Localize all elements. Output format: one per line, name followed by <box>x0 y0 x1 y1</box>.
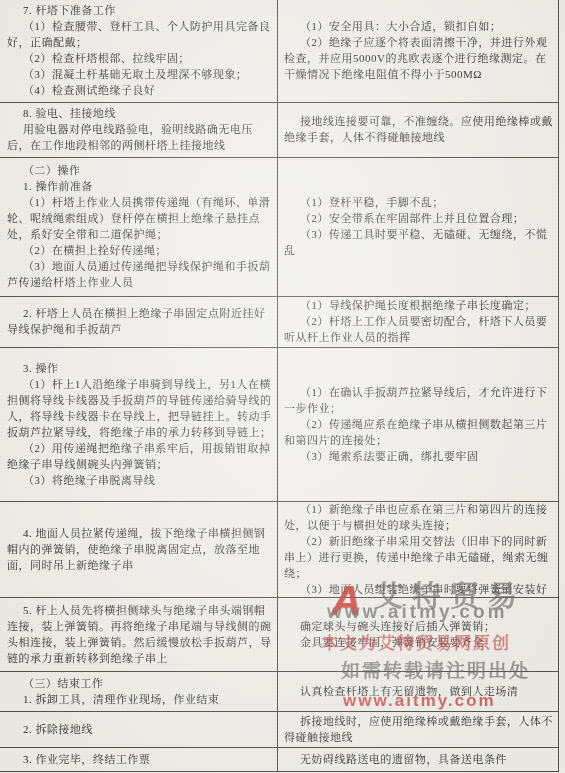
cell-paragraph: （1）登杆平稳，手脚不乱； <box>284 195 554 211</box>
cell-paragraph: 2. 杆塔上人员在横担上绝缘子串固定点附近挂好导线保护绳和手扳葫芦 <box>7 306 272 338</box>
cell-paragraph: （3）地面人员组装绝缘子串时要将弹簧销安装好 <box>284 582 554 598</box>
cell-paragraph: （3）绳索系法要正确，绑扎要牢固 <box>284 449 554 465</box>
step-cell: 2. 杆塔上人员在横担上绝缘子串固定点附近挂好导线保护绳和手扳葫芦 <box>0 297 278 347</box>
table-row: 5. 杆上人员先将横担侧球头与绝缘子串头端钢帽连接，装上弹簧销。再将绝缘子串尾端… <box>0 598 559 672</box>
requirement-cell: （1）导线保护绳长度根据绝缘子串长度确定；（2）杆塔上工作人员要密切配合，杆塔下… <box>278 297 559 347</box>
requirement-cell: 接地线连接要可靠，不准缠绕。应使用绝缘棒或戴绝缘手套，人体不得碰触接地线 <box>278 103 559 157</box>
cell-paragraph: 3. 操作 <box>7 361 272 377</box>
cell-paragraph: （2）用传递绳把绝缘子串系牢后，用拔销钳取掉绝缘子串导线侧碗头内弹簧销； <box>7 441 272 473</box>
cell-paragraph: 4. 地面人员拉紧传递绳，拔下绝缘子串横担侧钢帽内的弹簧销，使绝缘子串脱离固定点… <box>7 526 272 574</box>
cell-paragraph: （二）操作 <box>7 163 272 179</box>
requirement-cell: （1）安全用具：大小合适，锁扣自如；（2）绝缘子应逐个将表面清擦干净，并进行外观… <box>278 0 559 102</box>
cell-paragraph: （3）地面人员通过传递绳把导线保护绳和手扳葫芦传递给杆塔上作业人员 <box>7 259 272 291</box>
scanned-document-page: 7. 杆塔下准备工作（1）检查腰带、登杆工具、个人防护用具完备良好，正确配戴；（… <box>0 0 565 773</box>
table-row: （三）结束工作1. 拆卸工具，清理作业现场，作业结束认真检查杆塔上有无留遗物，做… <box>0 672 559 712</box>
requirement-cell: 拆接地线时，应使用绝缘棒或戴绝缘手套，人体不得碰触接地线 <box>278 712 559 747</box>
cell-paragraph: 7. 杆塔下准备工作 <box>7 3 272 19</box>
cell-paragraph: 1. 拆卸工具，清理作业现场，作业结束 <box>7 692 272 708</box>
step-cell: 4. 地面人员拉紧传递绳，拔下绝缘子串横担侧钢帽内的弹簧销，使绝缘子串脱离固定点… <box>0 502 278 597</box>
table-row: 7. 杆塔下准备工作（1）检查腰带、登杆工具、个人防护用具完备良好，正确配戴；（… <box>0 0 559 103</box>
table-row: 8. 验电、挂接地线用验电器对停电线路验电，验明线路确无电压后，在工作地段相邻的… <box>0 103 559 158</box>
cell-paragraph: （三）结束工作 <box>7 676 272 692</box>
step-cell: 7. 杆塔下准备工作（1）检查腰带、登杆工具、个人防护用具完备良好，正确配戴；（… <box>0 0 278 102</box>
table-row: （二）操作1. 操作前准备（1）杆塔上作业人员携带传递绳（有绳环、单滑轮、呢绒绳… <box>0 158 559 297</box>
cell-paragraph: 5. 杆上人员先将横担侧球头与绝缘子串头端钢帽连接，装上弹簧销。再将绝缘子串尾端… <box>7 603 272 667</box>
cell-paragraph: （2）检查杆塔根部、拉线牢固； <box>7 51 272 67</box>
cell-paragraph: 确定球头与碗头连接好后插入弹簧销； <box>284 619 554 635</box>
cell-paragraph: （4）检查测试绝缘子良好 <box>7 83 272 99</box>
cell-paragraph: （1）新绝缘子串也应系在第三片和第四片的连接处，以便于与横担处的球头连接； <box>284 502 554 534</box>
step-cell: 8. 验电、挂接地线用验电器对停电线路验电，验明线路确无电压后，在工作地段相邻的… <box>0 103 278 157</box>
step-cell: （三）结束工作1. 拆卸工具，清理作业现场，作业结束 <box>0 672 278 711</box>
cell-paragraph: 拆接地线时，应使用绝缘棒或戴绝缘手套，人体不得碰触接地线 <box>284 714 554 746</box>
cell-paragraph: （3）传递工具时要平稳、无磕碰、无缠绕，不慌乱 <box>284 227 554 259</box>
cell-paragraph: （1）杆塔上作业人员携带传递绳（有绳环、单滑轮、呢绒绳索组成）登杆停在横担上绝缘… <box>7 195 272 243</box>
requirement-cell: 认真检查杆塔上有无留遗物，做到人走场清 <box>278 672 559 711</box>
cell-paragraph: （3）将绝缘子串脱离导线 <box>7 473 272 489</box>
requirement-cell: （1）登杆平稳，手脚不乱；（2）安全带系在牢固部件上并且位置合理；（3）传递工具… <box>278 158 559 296</box>
step-cell: （二）操作1. 操作前准备（1）杆塔上作业人员携带传递绳（有绳环、单滑轮、呢绒绳… <box>0 158 278 296</box>
table-row: 3. 操作（1）杆上1人沿绝缘子串骑到导线上，另1人在横担侧将导线卡线器及手扳葫… <box>0 348 559 502</box>
requirement-cell: 确定球头与碗头连接好后插入弹簧销；金具要连接牢固，弹簧销安装要齐全 <box>278 598 559 671</box>
table-row: 4. 地面人员拉紧传递绳，拔下绝缘子串横担侧钢帽内的弹簧销，使绝缘子串脱离固定点… <box>0 502 559 598</box>
requirement-cell: （1）新绝缘子串也应系在第三片和第四片的连接处，以便于与横担处的球头连接；（2）… <box>278 502 559 597</box>
procedure-table: 7. 杆塔下准备工作（1）检查腰带、登杆工具、个人防护用具完备良好，正确配戴；（… <box>0 0 559 772</box>
cell-paragraph: （1）导线保护绳长度根据绝缘子串长度确定； <box>284 298 554 314</box>
cell-paragraph: 2. 拆除接地线 <box>7 722 272 738</box>
cell-paragraph: （3）混凝土杆基础无取土及埋深不够现象； <box>7 67 272 83</box>
cell-paragraph: 8. 验电、挂接地线 <box>7 106 272 122</box>
cell-paragraph: 接地线连接要可靠，不准缠绕。应使用绝缘棒或戴绝缘手套，人体不得碰触接地线 <box>284 114 554 146</box>
cell-paragraph: （2）杆塔上工作人员要密切配合，杆塔下人员要听从杆上作业人员的指挥 <box>284 314 554 346</box>
cell-paragraph: 认真检查杆塔上有无留遗物，做到人走场清 <box>284 684 554 700</box>
requirement-cell: 无妨碍线路送电的遗留物，具备送电条件 <box>278 748 559 771</box>
table-row: 3. 作业完毕，终结工作票无妨碍线路送电的遗留物，具备送电条件 <box>0 748 559 772</box>
step-cell: 2. 拆除接地线 <box>0 712 278 747</box>
cell-paragraph: 金具要连接牢固，弹簧销安装要齐全 <box>284 635 554 651</box>
cell-paragraph: 1. 操作前准备 <box>7 179 272 195</box>
table-row: 2. 拆除接地线拆接地线时，应使用绝缘棒或戴绝缘手套，人体不得碰触接地线 <box>0 712 559 748</box>
cell-paragraph: 3. 作业完毕，终结工作票 <box>7 752 272 768</box>
cell-paragraph: （1）检查腰带、登杆工具、个人防护用具完备良好，正确配戴； <box>7 19 272 51</box>
step-cell: 3. 操作（1）杆上1人沿绝缘子串骑到导线上，另1人在横担侧将导线卡线器及手扳葫… <box>0 348 278 501</box>
requirement-cell: （1）在确认手扳葫芦拉紧导线后，才允许进行下一步作业；（2）传递绳应系在绝缘子串… <box>278 348 559 501</box>
cell-paragraph: （2）安全带系在牢固部件上并且位置合理； <box>284 211 554 227</box>
step-cell: 5. 杆上人员先将横担侧球头与绝缘子串头端钢帽连接，装上弹簧销。再将绝缘子串尾端… <box>0 598 278 671</box>
cell-paragraph: （1）安全用具：大小合适，锁扣自如； <box>284 19 554 35</box>
cell-paragraph: （1）杆上1人沿绝缘子串骑到导线上，另1人在横担侧将导线卡线器及手扳葫芦的导链传… <box>7 377 272 441</box>
cell-paragraph: （1）在确认手扳葫芦拉紧导线后，才允许进行下一步作业； <box>284 385 554 417</box>
step-cell: 3. 作业完毕，终结工作票 <box>0 748 278 771</box>
cell-paragraph: 无妨碍线路送电的遗留物，具备送电条件 <box>284 752 554 768</box>
cell-paragraph: （2）新旧绝缘子串采用交替法（旧串下的同时新串上）进行更换，传递中绝缘子串无磕碰… <box>284 534 554 582</box>
cell-paragraph: 用验电器对停电线路验电，验明线路确无电压后，在工作地段相邻的两侧杆塔上挂接地线 <box>7 122 272 154</box>
cell-paragraph: （2）绝缘子应逐个将表面清擦干净，并进行外观检查，并应用5000V的兆欧表逐个进… <box>284 35 554 83</box>
table-row: 2. 杆塔上人员在横担上绝缘子串固定点附近挂好导线保护绳和手扳葫芦（1）导线保护… <box>0 297 559 348</box>
cell-paragraph: （2）传递绳应系在绝缘子串从横担侧数起第三片和第四片的连接处； <box>284 417 554 449</box>
cell-paragraph: （2）在横担上拴好传递绳； <box>7 243 272 259</box>
